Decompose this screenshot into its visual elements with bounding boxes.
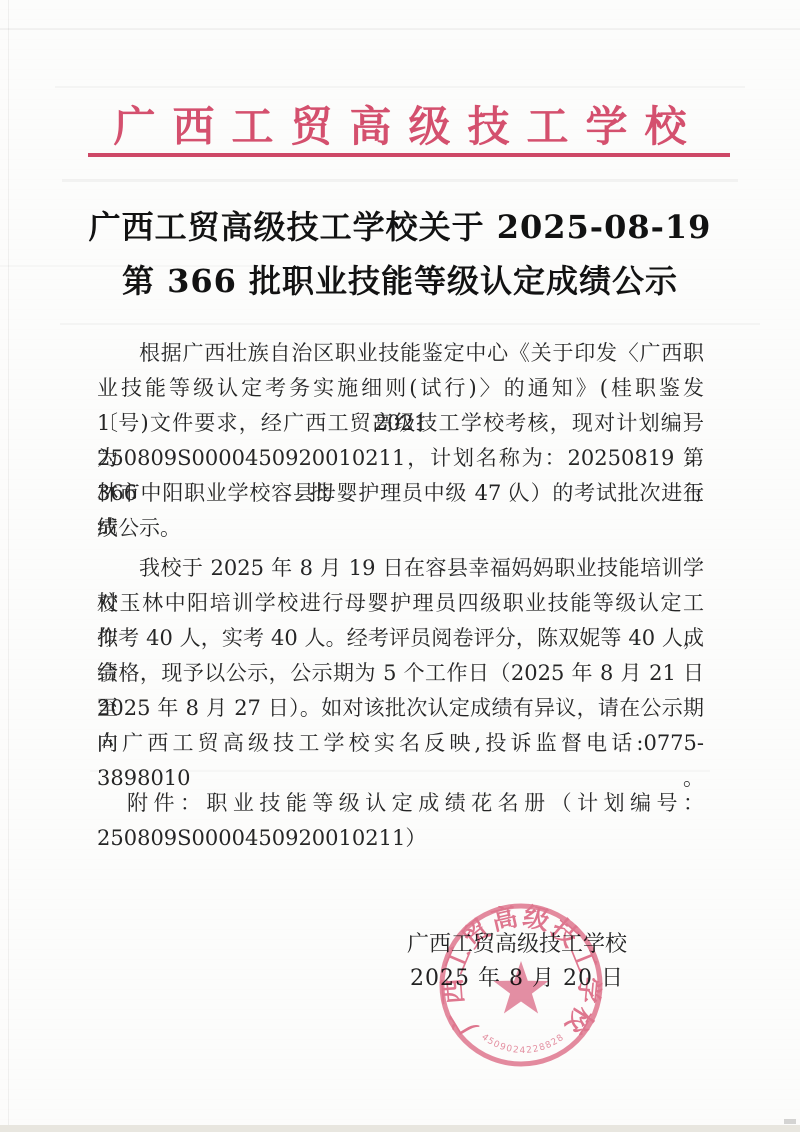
body-paragraph-1: 根据广西壮族自治区职业技能鉴定中心《关于印发〈广西职 业技能等级认定考务实施细则… — [97, 336, 704, 546]
seal-star — [493, 961, 548, 1014]
body-line: 根据广西壮族自治区职业技能鉴定中心《关于印发〈广西职 — [97, 336, 704, 371]
body-line: 2025 年 8 月 27 日）。如对该批次认定成绩有异议，请在公示期内 — [97, 691, 704, 726]
body-line: 250809S0000450920010211，计划名称为：20250819 第… — [97, 441, 704, 476]
scanned-document-page: 广西工贸高级技工学校 广西工贸高级技工学校关于 2025-08-19 第 366… — [0, 0, 800, 1132]
body-line: 向广西工贸高级技工学校实名反映,投诉监督电话:0775-3898010。 — [97, 726, 704, 761]
body-line: 业技能等级认定考务实施细则(试行)〉的通知》(桂职鉴发〔2021〕 — [97, 371, 704, 406]
body-line: 1 号)文件要求，经广西工贸高级技工学校考核，现对计划编号为： — [97, 406, 704, 441]
scan-artifact — [8, 0, 9, 1132]
body-paragraph-2: 我校于 2025 年 8 月 19 日在容县幸福妈妈职业技能培训学校 对玉林中阳… — [97, 551, 704, 761]
document-title-line2: 第 366 批职业技能等级认定成绩公示 — [60, 254, 740, 308]
scan-artifact — [55, 86, 745, 88]
body-line: 对玉林中阳培训学校进行母婴护理员四级职业技能等级认定工作， — [97, 586, 704, 621]
scan-artifact — [0, 28, 800, 30]
body-line: 拟考 40 人，实考 40 人。经考评员阅卷评分，陈双妮等 40 人成绩 — [97, 621, 704, 656]
scan-artifact — [0, 1125, 800, 1132]
attachment-note: 附件：职业技能等级认定成绩花名册（计划编号： 250809S0000450920… — [97, 786, 704, 856]
body-line: 绩公示。 — [97, 511, 704, 546]
document-title-line1: 广西工贸高级技工学校关于 2025-08-19 — [60, 200, 740, 254]
body-line: 合格，现予以公示，公示期为 5 个工作日（2025 年 8 月 21 日至 — [97, 656, 704, 691]
letterhead-rule — [88, 153, 730, 157]
scan-artifact — [784, 1119, 796, 1124]
seal-code: 4509024228828 — [479, 1032, 566, 1055]
body-line: 我校于 2025 年 8 月 19 日在容县幸福妈妈职业技能培训学校 — [97, 551, 704, 586]
official-seal: 广西工贸高级技工学校 4509024228828 — [436, 900, 606, 1070]
scan-artifact — [60, 323, 760, 325]
attachment-line: 附件：职业技能等级认定成绩花名册（计划编号： — [97, 786, 704, 821]
attachment-line: 250809S0000450920010211） — [97, 821, 704, 856]
body-line: 林市中阳职业学校容县母婴护理员中级 47 人）的考试批次进行成 — [97, 476, 704, 511]
letterhead-school-name: 广西工贸高级技工学校 — [0, 94, 800, 154]
scan-artifact — [62, 179, 738, 182]
document-title: 广西工贸高级技工学校关于 2025-08-19 第 366 批职业技能等级认定成… — [60, 200, 740, 308]
